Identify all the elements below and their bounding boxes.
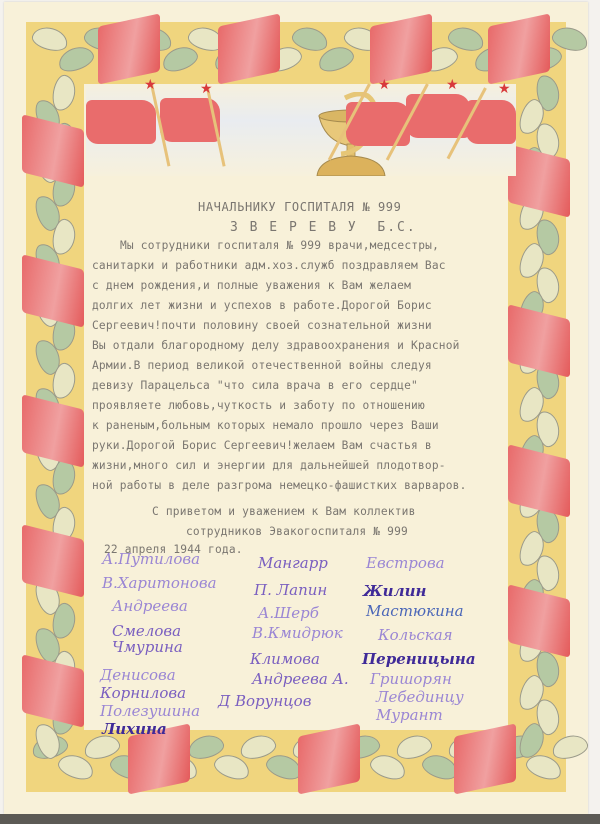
addressee-name: З В Е Р Е В У Б.С. bbox=[230, 220, 417, 235]
star-icon: ★ bbox=[144, 78, 157, 92]
addressee-title: НАЧАЛЬНИКУ ГОСПИТАЛЯ № 999 bbox=[198, 200, 401, 214]
signature: Мастюкина bbox=[366, 602, 464, 620]
star-icon: ★ bbox=[446, 78, 459, 92]
body-line: с днем рождения,и полные уважения к Вам … bbox=[92, 276, 411, 296]
body-line: девизу Парацельса "что сила врача в его … bbox=[92, 376, 418, 396]
signature: Андреева А. bbox=[252, 670, 349, 688]
signature: Мангарр bbox=[258, 554, 328, 572]
scan-edge bbox=[0, 814, 600, 824]
body-line: Сергеевич!почти половину своей сознатель… bbox=[92, 316, 432, 336]
signature: Полезушина bbox=[100, 702, 200, 720]
body-line: жизни,много сил и энергии для дальнейшей… bbox=[92, 456, 446, 476]
signature: Денисова bbox=[100, 666, 176, 684]
body-line: санитарки и работники адм.хоз.служб позд… bbox=[92, 256, 446, 276]
signature: Кольская bbox=[378, 626, 453, 644]
signature: Д Ворунцов bbox=[218, 692, 311, 710]
body-line: проявляете любовь,чуткость и заботу по о… bbox=[92, 396, 425, 416]
body-line: к раненым,больным которых немало прошло … bbox=[92, 416, 439, 436]
body-line: Армии.В период великой отечественной вой… bbox=[92, 356, 432, 376]
signature: Переницына bbox=[362, 650, 476, 668]
signature: А.Путилова bbox=[102, 550, 200, 568]
body-line: руки.Дорогой Борис Сергеевич!желаем Вам … bbox=[92, 436, 432, 456]
signature: Гришорян bbox=[370, 670, 452, 688]
signature: П. Лапин bbox=[254, 581, 327, 599]
signature: Корнилова bbox=[100, 684, 186, 702]
body-line: Вы отдали благородному делу здравоохране… bbox=[92, 336, 460, 356]
header-illustration: ★ ★ ★ ★ ★ bbox=[86, 84, 516, 176]
body-line: долгих лет жизни и успехов в работе.Доро… bbox=[92, 296, 432, 316]
signature: А.Шерб bbox=[258, 604, 319, 622]
red-flag-icon bbox=[86, 100, 156, 144]
closing-line: С приветом и уважением к Вам коллектив bbox=[152, 502, 416, 522]
signature: Жилин bbox=[363, 582, 426, 600]
star-icon: ★ bbox=[378, 78, 391, 92]
signature: Лихина bbox=[102, 720, 167, 738]
signature: Климова bbox=[250, 650, 320, 668]
star-icon: ★ bbox=[200, 82, 213, 96]
body-line: Мы сотрудники госпиталя № 999 врачи,медс… bbox=[120, 236, 439, 256]
signature: В.Кмидрюк bbox=[252, 624, 343, 642]
body-line: ной работы в деле разгрома немецко-фашис… bbox=[92, 476, 467, 496]
signature: В.Харитонова bbox=[102, 574, 217, 592]
signature: Чмурина bbox=[112, 638, 183, 656]
signature: Лебединцу bbox=[376, 688, 464, 706]
star-icon: ★ bbox=[498, 82, 511, 96]
signature: Мурант bbox=[376, 706, 443, 724]
signature: Андреева bbox=[112, 597, 188, 615]
signature: Евстрова bbox=[366, 554, 445, 572]
